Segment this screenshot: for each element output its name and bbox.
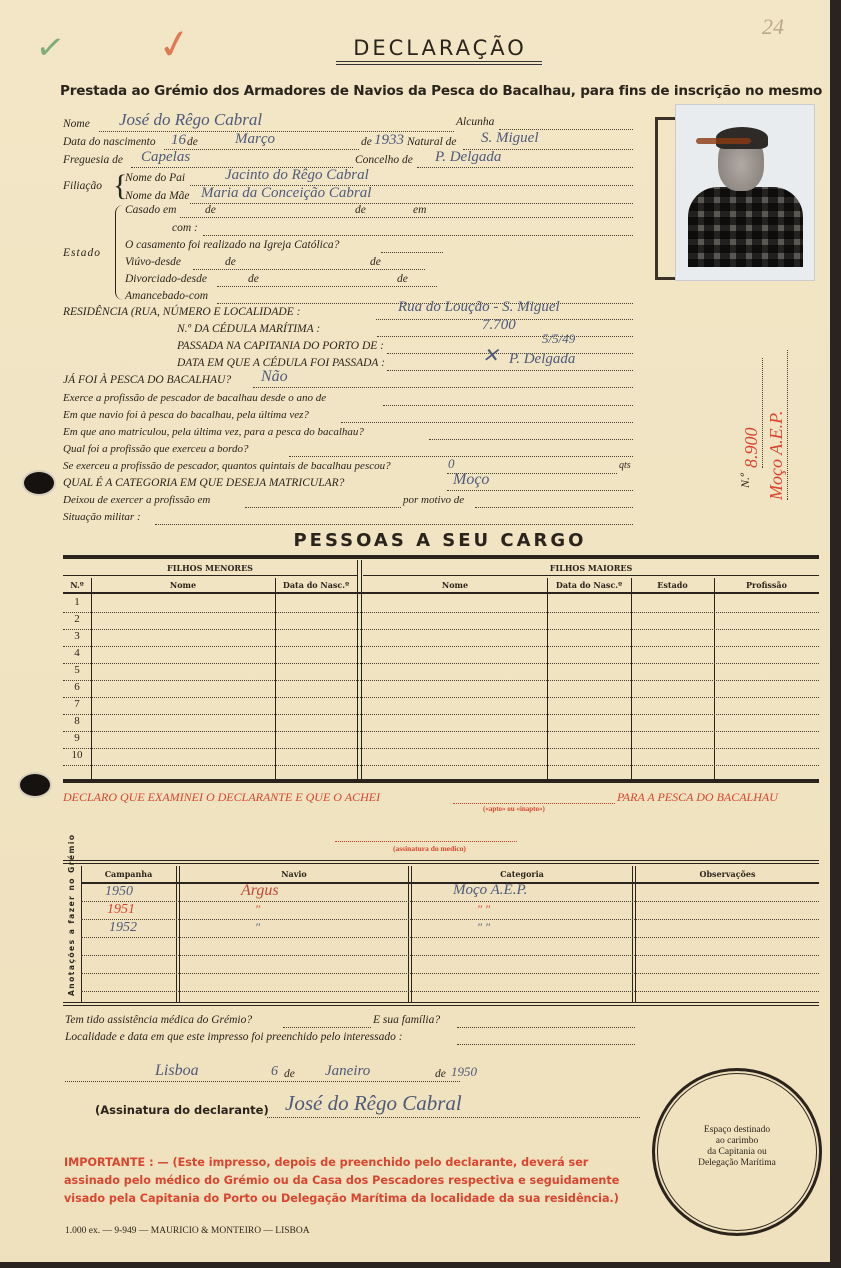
local-field[interactable]: Lisboa — [155, 1062, 199, 1080]
nascimento-label: Data do nascimento — [63, 136, 156, 148]
de-label: de — [225, 256, 236, 268]
profissao-label: Qual foi a profissão que exerceu a bordo… — [63, 443, 248, 455]
nascimento-mes-field[interactable]: Março — [235, 131, 275, 148]
natural-field[interactable]: S. Miguel — [481, 130, 539, 147]
col-campanha: Campanha — [81, 869, 176, 879]
concelho-label: Concelho de — [355, 154, 413, 166]
row-number: 6 — [63, 681, 91, 693]
localidade-row: Localidade e data em que este impresso f… — [65, 1031, 635, 1045]
com-label: com : — [172, 222, 198, 234]
col-nasc-maiores: Data do Nasc.º — [547, 580, 631, 590]
nascimento-ano-field[interactable]: 1933 — [374, 132, 404, 149]
alcunha-label: Alcunha — [456, 116, 494, 128]
viuvo-label: Viúvo-desde — [125, 256, 181, 268]
residencia-row: RESIDÊNCIA (RUA, NÚMERO E LOCALIDADE : R… — [63, 306, 633, 320]
filhos-menores-header: FILHOS MENORES — [63, 563, 357, 573]
col-estado: Estado — [631, 580, 714, 590]
amancebado-label: Amancebado-com — [125, 290, 208, 302]
declaro-text: DECLARO QUE EXAMINEI O DECLARANTE E QUE … — [63, 790, 380, 805]
mae-field[interactable]: Maria da Conceição Cabral — [201, 185, 371, 202]
assinatura-declarante-row: (Assinatura do declarante) José do Rêgo … — [95, 1103, 640, 1117]
nascimento-row: Data do nascimento 16 de Março de 1933 N… — [63, 136, 633, 150]
ja-foi-field[interactable]: Não — [261, 368, 288, 386]
residencia-field[interactable]: Rua do Loução - S. Miguel — [398, 299, 560, 316]
freguesia-row: Freguesia de Capelas Concelho de P. Delg… — [63, 154, 633, 168]
casado-label: Casado em — [125, 204, 176, 216]
concelho-field[interactable]: P. Delgada — [435, 149, 501, 166]
table-row[interactable] — [81, 974, 819, 992]
table-row[interactable]: 1951 " " " — [81, 902, 819, 920]
mae-label: Nome da Mãe — [125, 190, 190, 202]
categoria-cell: " " — [477, 902, 490, 917]
title-underline — [336, 61, 542, 65]
divorciado-label: Divorciado-desde — [125, 273, 207, 285]
table-row[interactable]: 8 — [63, 715, 819, 732]
anotacoes-side-label: Anotações a fazer no Grémio — [67, 866, 76, 996]
em-label: em — [413, 204, 426, 216]
stamp-line: Delegação Marítima — [652, 1158, 822, 1169]
table-row[interactable]: 2 — [63, 613, 819, 630]
filhos-maiores-header: FILHOS MAIORES — [363, 563, 819, 573]
categoria-label: QUAL É A CATEGORIA EM QUE DESEJA MATRICU… — [63, 477, 344, 489]
nome-field[interactable]: José do Rêgo Cabral — [119, 110, 262, 130]
navio-cell: Argus — [241, 882, 279, 900]
estado-label: Estado — [63, 247, 101, 259]
deixou-row: Deixou de exercer a profissão em por mot… — [63, 494, 633, 508]
de-label: de — [205, 204, 216, 216]
table-row[interactable]: 1950 Argus Moço A.E.P. — [81, 884, 819, 902]
cedula-field[interactable]: 7.700 — [482, 317, 516, 334]
table-row[interactable]: 5 — [63, 664, 819, 681]
nascimento-dia-field[interactable]: 16 — [171, 132, 186, 149]
anotacoes-rows: 1950 Argus Moço A.E.P. 1951 " " " 1952 "… — [81, 884, 819, 992]
de-label: de — [355, 204, 366, 216]
militar-label: Situação militar : — [63, 511, 141, 523]
navio-cell: " — [255, 902, 260, 917]
capitania-field[interactable]: P. Delgada — [509, 351, 575, 368]
col-navio: Navio — [180, 869, 408, 879]
side-no-label: N.º — [738, 473, 753, 488]
ano-row: Em que ano matriculou, pela última vez, … — [63, 426, 633, 440]
motivo-label: por motivo de — [403, 494, 464, 506]
campanha-cell: 1952 — [109, 920, 137, 936]
anotacoes-top-rule — [63, 860, 819, 864]
viuvo-row: Viúvo-desde de de — [125, 256, 425, 270]
table-row[interactable] — [81, 938, 819, 956]
freguesia-label: Freguesia de — [63, 154, 123, 166]
campanha-cell: 1951 — [107, 902, 135, 918]
categoria-row: QUAL É A CATEGORIA EM QUE DESEJA MATRICU… — [63, 477, 633, 491]
document-subtitle: Prestada ao Grémio dos Armadores de Navi… — [60, 83, 822, 99]
row-number: 2 — [63, 613, 91, 625]
document-title: DECLARAÇÃO — [0, 36, 830, 60]
pai-row: Nome do Pai Jacinto do Rêgo Cabral — [125, 172, 633, 186]
desde-label: Exerce a profissão de pescador de bacalh… — [63, 392, 326, 404]
assistencia-label: Tem tido assistência médica do Grémio? — [65, 1014, 252, 1026]
com-row: com : — [125, 222, 633, 236]
col-profissao: Profissão — [714, 580, 819, 590]
ano-label: Em que ano matriculou, pela última vez, … — [63, 426, 364, 438]
pai-field[interactable]: Jacinto do Rêgo Cabral — [225, 167, 369, 184]
row-number: 8 — [63, 715, 91, 727]
punch-hole — [24, 472, 54, 494]
cross-mark: ✕ — [482, 343, 499, 368]
table-row[interactable]: 9 — [63, 732, 819, 749]
estado-brace — [115, 205, 123, 300]
col-numero: N.º — [63, 580, 91, 590]
local-data-row: Lisboa 6 de Janeiro de 1950 — [65, 1068, 635, 1082]
important-notice: IMPORTANTE : — (Este impresso, depois de… — [64, 1154, 634, 1208]
residencia-label: RESIDÊNCIA (RUA, NÚMERO E LOCALIDADE : — [63, 306, 300, 318]
de-label: de — [397, 273, 408, 285]
data-cedula-field[interactable]: 5/5/49 — [542, 331, 575, 347]
col-nasc-menores: Data do Nasc.º — [275, 580, 357, 590]
categoria-cell: " " — [477, 920, 490, 935]
printer-footer: 1.000 ex. — 9-949 — MAURICIO & MONTEIRO … — [65, 1226, 310, 1236]
de-label: de — [284, 1068, 295, 1080]
de-label: de — [248, 273, 259, 285]
stamp-line: Espaço destinado — [652, 1125, 822, 1136]
de-label: de — [187, 136, 198, 148]
desde-row: Exerce a profissão de pescador de bacalh… — [63, 392, 633, 406]
stamp-line: ao carimbo — [652, 1136, 822, 1147]
de-label: de — [361, 136, 372, 148]
campanha-cell: 1950 — [105, 884, 133, 900]
row-number: 10 — [63, 749, 91, 761]
igreja-row: O casamento foi realizado na Igreja Cató… — [125, 239, 445, 253]
col-nome-menores: Nome — [91, 580, 275, 590]
anotacoes-table: Anotações a fazer no Grémio Campanha Nav… — [63, 866, 819, 1006]
assinatura-medico-hint: (assinatura do medico) — [393, 844, 466, 853]
para-pesca-text: PARA A PESCA DO BACALHAU — [617, 790, 778, 805]
quintais-label: Se exerceu a profissão de pescador, quan… — [63, 460, 391, 472]
table-row[interactable]: 1 — [63, 596, 819, 613]
filiacao-label: Filiação — [63, 180, 102, 192]
table-row[interactable]: 7 — [63, 698, 819, 715]
medico-signature-field[interactable] — [335, 841, 517, 842]
applicant-photo — [675, 104, 815, 281]
cedula-label: N.º DA CÉDULA MARÍTIMA : — [177, 323, 320, 335]
mae-row: Nome da Mãe Maria da Conceição Cabral — [125, 190, 633, 204]
side-number: 8.900 — [741, 358, 763, 468]
assistencia-row: Tem tido assistência médica do Grémio? E… — [65, 1014, 635, 1028]
deixou-label: Deixou de exercer a profissão em — [63, 494, 210, 506]
dia-field[interactable]: 6 — [271, 1064, 278, 1080]
ja-foi-label: JÁ FOI À PESCA DO BACALHAU? — [63, 374, 231, 386]
assinatura-declarante-field[interactable]: José do Rêgo Cabral — [285, 1091, 462, 1116]
natural-label: Natural de — [407, 136, 457, 148]
navio-row: Em que navio foi à pesca do bacalhau, pe… — [63, 409, 633, 423]
page-edge — [830, 0, 841, 1268]
capitania-label: PASSADA NA CAPITANIA DO PORTO DE : — [177, 340, 384, 352]
stamp-line: da Capitania ou — [652, 1147, 822, 1158]
casado-row: Casado em de de em — [125, 204, 633, 218]
pessoas-section-title: PESSOAS A SEU CARGO — [0, 530, 830, 551]
row-number: 3 — [63, 630, 91, 642]
row-number: 1 — [63, 596, 91, 608]
localidade-label: Localidade e data em que este impresso f… — [65, 1031, 403, 1043]
apto-hint: («apto» ou «inapto») — [483, 805, 545, 813]
table-row[interactable]: 6 — [63, 681, 819, 698]
nome-row: Nome José do Rêgo Cabral Alcunha — [63, 118, 633, 132]
declaration-form-page: ✓ ✓ 24 DECLARAÇÃO Prestada ao Grémio dos… — [0, 0, 830, 1262]
categoria-field[interactable]: Moço — [453, 471, 489, 489]
de-label: de — [435, 1068, 446, 1080]
table-row[interactable]: 3 — [63, 630, 819, 647]
pessoas-rows: 1 2 3 4 5 6 7 8 9 10 — [63, 596, 819, 766]
punch-hole — [20, 774, 50, 796]
table-row[interactable]: 1952 " " " — [81, 920, 819, 938]
freguesia-field[interactable]: Capelas — [141, 149, 190, 166]
de-label: de — [370, 256, 381, 268]
qts-label: qts — [619, 460, 631, 471]
ano-field[interactable]: 1950 — [451, 1064, 477, 1080]
familia-label: E sua família? — [373, 1014, 440, 1026]
row-number: 9 — [63, 732, 91, 744]
nome-label: Nome — [63, 118, 90, 130]
stamp-area-text: Espaço destinado ao carimbo da Capitania… — [652, 1125, 822, 1169]
militar-row: Situação militar : — [63, 511, 633, 525]
medico-declaration-row: DECLARO QUE EXAMINEI O DECLARANTE E QUE … — [63, 790, 819, 804]
section-rule — [63, 555, 819, 559]
table-row[interactable]: 4 — [63, 647, 819, 664]
divorciado-row: Divorciado-desde de de — [125, 273, 437, 287]
table-row[interactable]: 10 — [63, 749, 819, 766]
row-number: 4 — [63, 647, 91, 659]
quintais-field[interactable]: 0 — [448, 456, 455, 472]
igreja-label: O casamento foi realizado na Igreja Cató… — [125, 239, 339, 251]
page-edge — [0, 1262, 841, 1268]
col-nome-maiores: Nome — [363, 580, 547, 590]
categoria-cell: Moço A.E.P. — [453, 882, 527, 899]
navio-cell: " — [255, 920, 260, 935]
apto-field[interactable] — [453, 803, 615, 804]
row-number: 7 — [63, 698, 91, 710]
data-cedula-row: DATA EM QUE A CÉDULA FOI PASSADA : ✕ P. … — [177, 357, 633, 371]
assinatura-declarante-label: (Assinatura do declarante) — [95, 1103, 269, 1117]
col-observacoes: Observações — [636, 869, 819, 879]
pessoas-table: FILHOS MENORES FILHOS MAIORES N.º Nome D… — [63, 560, 819, 782]
mes-field[interactable]: Janeiro — [325, 1063, 370, 1080]
col-categoria: Categoria — [412, 869, 632, 879]
profissao-row: Qual foi a profissão que exerceu a bordo… — [63, 443, 633, 457]
pai-label: Nome do Pai — [125, 172, 185, 184]
row-number: 5 — [63, 664, 91, 676]
navio-label: Em que navio foi à pesca do bacalhau, pe… — [63, 409, 309, 421]
quintais-row: Se exerceu a profissão de pescador, quan… — [63, 460, 633, 474]
ja-foi-row: JÁ FOI À PESCA DO BACALHAU? Não — [63, 374, 633, 388]
side-category: Moço A.E.P. — [766, 350, 788, 500]
table-row[interactable] — [81, 956, 819, 974]
